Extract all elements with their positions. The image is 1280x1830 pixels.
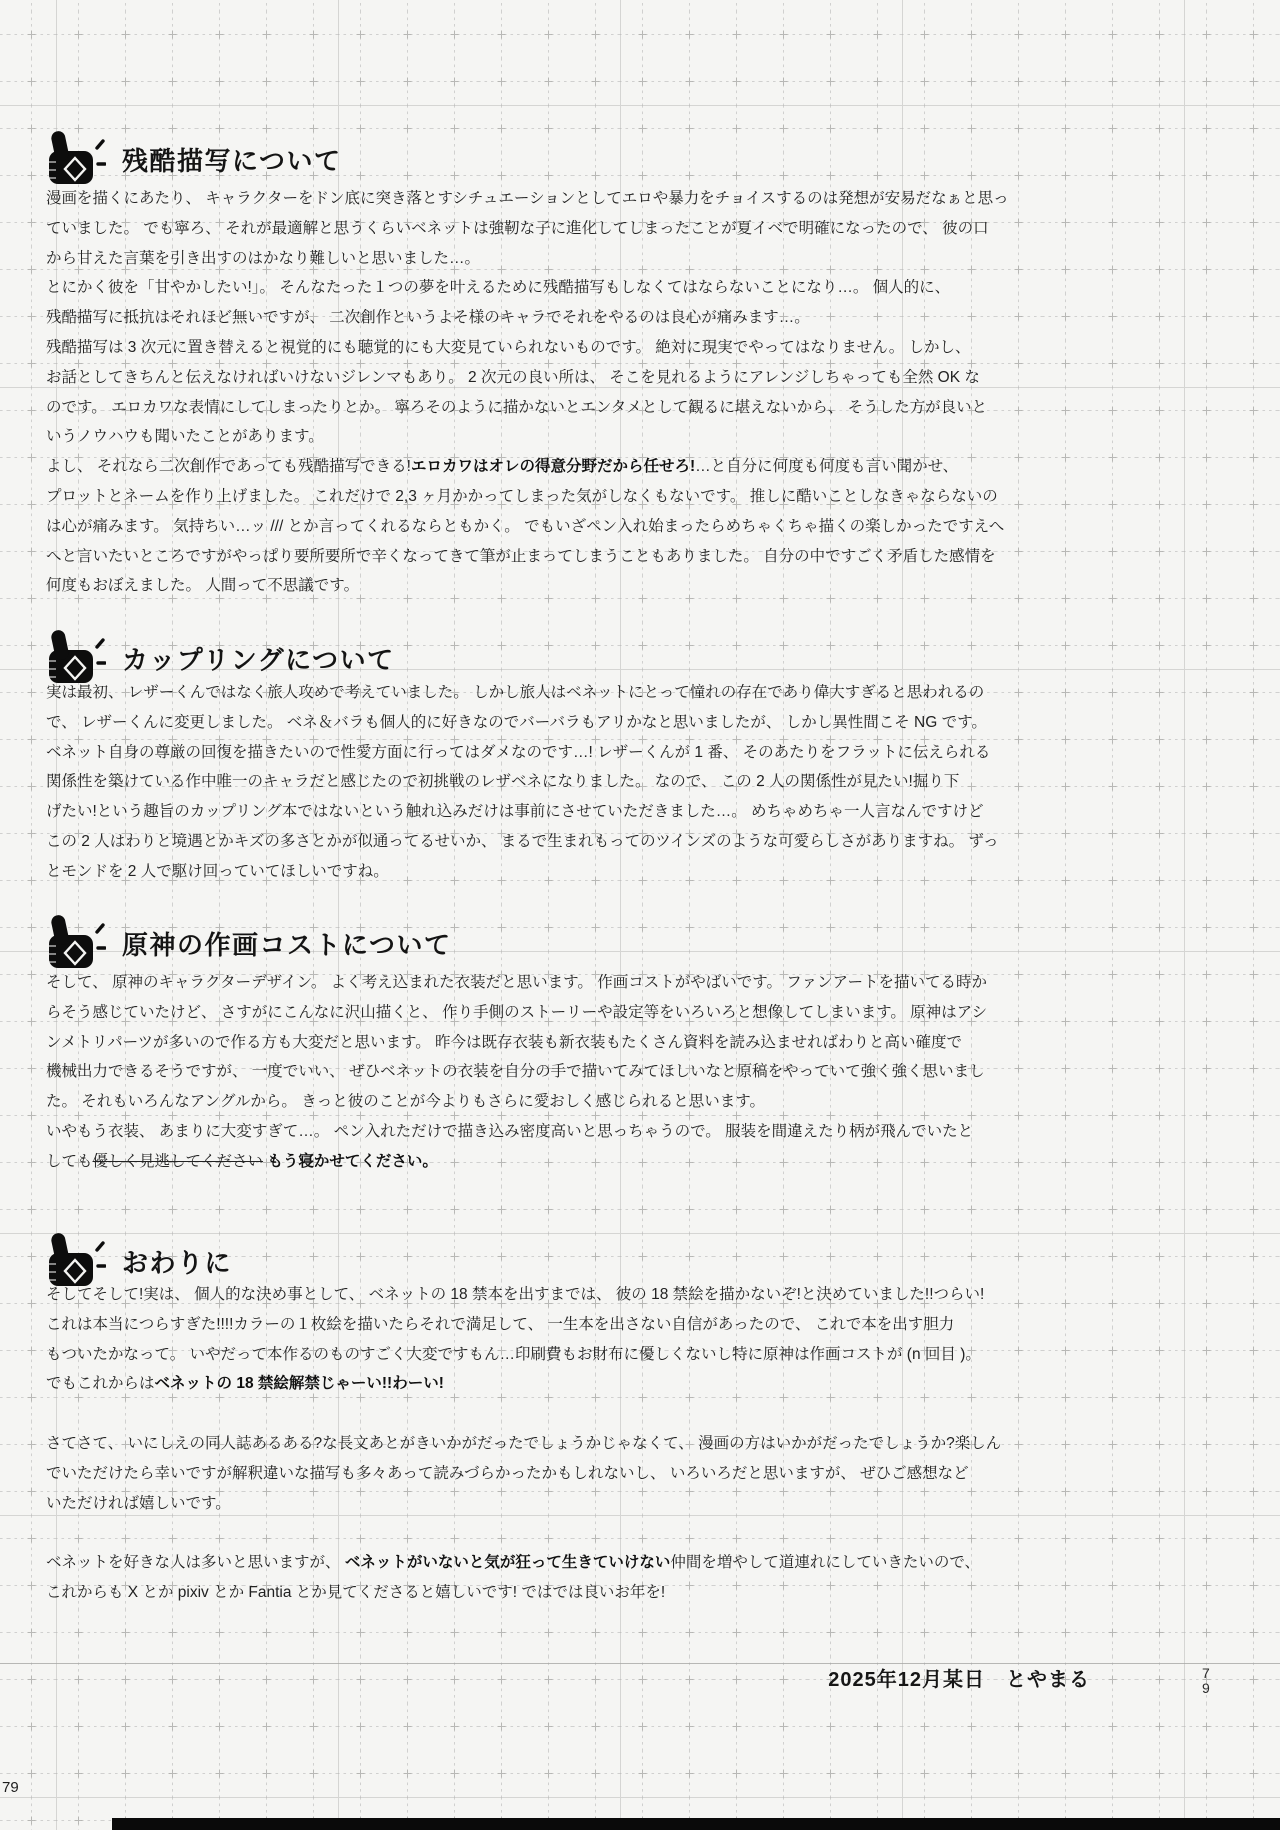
- text-line: しても優しく見逃してください もう寝かせてください。: [46, 1147, 1051, 1177]
- text-segment: これからも X とか pixiv とか Fantia とか見てくださると嬉しいで…: [46, 1584, 665, 1601]
- text-line: もついたかなって。 いやだって本作るのものすごく大変ですもん…印刷費もお財布に優…: [46, 1340, 1051, 1370]
- thumbs-up-icon: [48, 915, 106, 971]
- section-heading: おわりに: [122, 1243, 232, 1280]
- text-line: プロットとネームを作り上げました。 これだけで 2,3 ヶ月かかってしまった気が…: [46, 482, 1051, 512]
- text-line: へと言いたいところですがやっぱり要所要所で辛くなってきて筆が止まってしまうことも…: [46, 542, 1051, 572]
- text-line: 何度もおぼえました。 人間って不思議です。: [46, 571, 1051, 601]
- text-line: ベネットを好きな人は多いと思いますが、 ベネットがいないと気が狂って生きていけな…: [46, 1548, 1051, 1578]
- text-segment: とモンドを 2 人で駆け回っていてほしいですね。: [46, 863, 389, 880]
- text-segment: お話としてきちんと伝えなければいけないジレンマもあり。 2 次元の良い所は、 そ…: [46, 369, 980, 386]
- text-line: いやもう衣装、 あまりに大変すぎて…。 ペン入れただけで描き込み密度高いと思っち…: [46, 1117, 1051, 1147]
- afterword-page: 残酷描写について漫画を描くにあたり、 キャラクターをドン底に突き落とすシチュエー…: [0, 0, 1280, 1830]
- text-line: これからも X とか pixiv とか Fantia とか見てくださると嬉しいで…: [46, 1578, 1051, 1608]
- text-line: 残酷描写に抵抗はそれほど無いですが、 二次創作というよそ様のキャラでそれをやるの…: [46, 303, 1051, 333]
- text-segment: ベネットを好きな人は多いと思いますが、: [46, 1554, 345, 1571]
- text-line: いうノウハウも聞いたことがあります。: [46, 422, 1051, 452]
- text-segment: いやもう衣装、 あまりに大変すぎて…。 ペン入れただけで描き込み密度高いと思っち…: [46, 1123, 973, 1140]
- text-segment: た。 それもいろんなアングルから。 きっと彼のことが今よりもさらに愛おしく感じら…: [46, 1093, 765, 1110]
- text-segment: へと言いたいところですがやっぱり要所要所で辛くなってきて筆が止まってしまうことも…: [46, 548, 996, 565]
- section-heading: カップリングについて: [122, 640, 395, 677]
- text-line: [46, 1518, 1051, 1548]
- text-segment: 残酷描写は 3 次元に置き替えると視覚的にも聴覚的にも大変見ていられないものです…: [46, 339, 971, 356]
- text-segment: でもこれからは: [46, 1375, 155, 1392]
- text-segment: もう寝かせてください。: [267, 1153, 438, 1170]
- section-header: 残酷描写について: [48, 130, 341, 188]
- text-segment: 仲間を増やして道連れにしていきたいので、: [670, 1554, 980, 1571]
- text-line: [46, 1399, 1051, 1429]
- text-segment: ベネットの 18 禁絵解禁じゃーい!!わーい!: [155, 1375, 444, 1392]
- text-line: から甘えた言葉を引き出すのはかなり難しいと思いました…。: [46, 244, 1051, 274]
- text-line: でいただけたら幸いですが解釈違いな描写も多々あって読みづらかったかもしれないし、…: [46, 1459, 1051, 1489]
- text-segment: ンメトリパーツが多いので作る方も大変だと思います。 昨今は既存衣装も新衣装もたく…: [46, 1034, 962, 1051]
- text-line: ベネット自身の尊厳の回復を描きたいので性愛方面に行ってはダメなのです…! レザー…: [46, 738, 1051, 768]
- text-segment: ベネットがいないと気が狂って生きていけない: [345, 1554, 671, 1571]
- text-line: げたい!という趣旨のカップリング本ではないという触れ込みだけは事前にさせていただ…: [46, 797, 1051, 827]
- text-segment: いただければ嬉しいです。: [46, 1495, 231, 1512]
- section-heading: 残酷描写について: [122, 141, 341, 178]
- text-line: た。 それもいろんなアングルから。 きっと彼のことが今よりもさらに愛おしく感じら…: [46, 1087, 1051, 1117]
- scan-edge-bar: [112, 1818, 1280, 1830]
- text-segment: プロットとネームを作り上げました。 これだけで 2,3 ヶ月かかってしまった気が…: [46, 488, 998, 505]
- text-segment: エロカワはオレの得意分野だから任せろ!: [411, 458, 695, 475]
- section-body: 実は最初、 レザーくんではなく旅人攻めで考えていました。 しかし旅人はベネットに…: [46, 678, 1051, 887]
- text-segment: そして、 原神のキャラクターデザイン。 よく考え込まれた衣装だと思います。 作画…: [46, 974, 987, 991]
- text-segment: この 2 人はわりと境遇とかキズの多さとかが似通ってるせいか、 まるで生まれもっ…: [46, 833, 998, 850]
- text-line: 実は最初、 レザーくんではなく旅人攻めで考えていました。 しかし旅人はベネットに…: [46, 678, 1051, 708]
- text-line: 機械出力できるそうですが、 一度でいい、 ぜひベネットの衣装を自分の手で描いてみ…: [46, 1057, 1051, 1087]
- text-segment: よし、 それなら二次創作であっても残酷描写できる!: [46, 458, 411, 475]
- text-line: で、 レザーくんに変更しました。 ベネ＆バラも個人的に好きなのでバーバラもアリか…: [46, 708, 1051, 738]
- text-segment: とにかく彼を「甘やかしたい!」。 そんなたった１つの夢を叶えるために残酷描写もし…: [46, 279, 950, 296]
- text-line: この 2 人はわりと境遇とかキズの多さとかが似通ってるせいか、 まるで生まれもっ…: [46, 827, 1051, 857]
- text-segment: ベネット自身の尊厳の回復を描きたいので性愛方面に行ってはダメなのです…! レザー…: [46, 744, 990, 761]
- text-segment: …と自分に何度も何度も言い聞かせ、: [695, 458, 958, 475]
- text-segment: は心が痛みます。 気持ちい…ッ /// とか言ってくれるならともかく。 でもいざ…: [46, 518, 1004, 535]
- date-credit: 2025年12月某日 とやまる: [770, 1663, 1090, 1692]
- text-segment: 残酷描写に抵抗はそれほど無いですが、 二次創作というよそ様のキャラでそれをやるの…: [46, 309, 810, 326]
- text-line: は心が痛みます。 気持ちい…ッ /// とか言ってくれるならともかく。 でもいざ…: [46, 512, 1051, 542]
- text-line: らそう感じていたけど、 さすがにこんなに沢山描くと、 作り手側のストーリーや設定…: [46, 998, 1051, 1028]
- text-line: いただければ嬉しいです。: [46, 1489, 1051, 1519]
- text-segment: いうノウハウも聞いたことがあります。: [46, 428, 324, 445]
- text-line: よし、 それなら二次創作であっても残酷描写できる!エロカワはオレの得意分野だから…: [46, 452, 1051, 482]
- side-page-number: 7 9: [1202, 1666, 1210, 1696]
- section-body: そして、 原神のキャラクターデザイン。 よく考え込まれた衣装だと思います。 作画…: [46, 968, 1051, 1177]
- text-segment: 漫画を描くにあたり、 キャラクターをドン底に突き落とすシチュエーションとしてエロ…: [46, 190, 1009, 207]
- text-line: そして、 原神のキャラクターデザイン。 よく考え込まれた衣装だと思います。 作画…: [46, 968, 1051, 998]
- text-line: ていました。 でも寧ろ、 それが最適解と思うくらいベネットは強靭な子に進化してし…: [46, 214, 1051, 244]
- section-header: 原神の作画コストについて: [48, 914, 451, 972]
- side-page-number-top: 7: [1202, 1666, 1210, 1681]
- text-segment: 何度もおぼえました。 人間って不思議です。: [46, 577, 359, 594]
- text-line: でもこれからはベネットの 18 禁絵解禁じゃーい!!わーい!: [46, 1369, 1051, 1399]
- section-body: 漫画を描くにあたり、 キャラクターをドン底に突き落とすシチュエーションとしてエロ…: [46, 184, 1051, 601]
- text-segment: ていました。 でも寧ろ、 それが最適解と思うくらいベネットは強靭な子に進化してし…: [46, 220, 989, 237]
- corner-page-number: 79: [2, 1779, 19, 1796]
- text-line: とにかく彼を「甘やかしたい!」。 そんなたった１つの夢を叶えるために残酷描写もし…: [46, 273, 1051, 303]
- text-line: 漫画を描くにあたり、 キャラクターをドン底に突き落とすシチュエーションとしてエロ…: [46, 184, 1051, 214]
- text-segment: 実は最初、 レザーくんではなく旅人攻めで考えていました。 しかし旅人はベネットに…: [46, 684, 984, 701]
- text-segment: から甘えた言葉を引き出すのはかなり難しいと思いました…。: [46, 250, 480, 267]
- text-segment: もついたかなって。 いやだって本作るのものすごく大変ですもん…印刷費もお財布に優…: [46, 1346, 981, 1363]
- text-segment: 優しく見逃してください: [93, 1153, 264, 1170]
- text-segment: そしてそして!実は、 個人的な決め事として、 ベネットの 18 禁本を出すまでは…: [46, 1286, 984, 1303]
- text-segment: らそう感じていたけど、 さすがにこんなに沢山描くと、 作り手側のストーリーや設定…: [46, 1004, 987, 1021]
- text-line: そしてそして!実は、 個人的な決め事として、 ベネットの 18 禁本を出すまでは…: [46, 1280, 1051, 1310]
- side-page-number-bottom: 9: [1202, 1681, 1210, 1696]
- text-line: 関係性を築けている作中唯一のキャラだと感じたので初挑戦のレザベネになりました。 …: [46, 767, 1051, 797]
- text-segment: これは本当につらすぎた!!!!カラーの１枚絵を描いたらそれで満足して、 一生本を…: [46, 1316, 954, 1333]
- section-body: そしてそして!実は、 個人的な決め事として、 ベネットの 18 禁本を出すまでは…: [46, 1280, 1051, 1608]
- text-line: のです。 エロカワな表情にしてしまったりとか。 寧ろそのように描かないとエンタメ…: [46, 393, 1051, 423]
- text-segment: のです。 エロカワな表情にしてしまったりとか。 寧ろそのように描かないとエンタメ…: [46, 399, 987, 416]
- text-segment: 機械出力できるそうですが、 一度でいい、 ぜひベネットの衣装を自分の手で描いてみ…: [46, 1063, 985, 1080]
- text-segment: 関係性を築けている作中唯一のキャラだと感じたので初挑戦のレザベネになりました。 …: [46, 773, 959, 790]
- text-segment: しても: [46, 1153, 93, 1170]
- text-line: ンメトリパーツが多いので作る方も大変だと思います。 昨今は既存衣装も新衣装もたく…: [46, 1028, 1051, 1058]
- text-segment: さてさて、 いにしえの同人誌あるある?な長文あとがきいかがだったでしょうかじゃな…: [46, 1435, 1001, 1452]
- text-line: とモンドを 2 人で駆け回っていてほしいですね。: [46, 857, 1051, 887]
- text-line: さてさて、 いにしえの同人誌あるある?な長文あとがきいかがだったでしょうかじゃな…: [46, 1429, 1051, 1459]
- text-segment: で、 レザーくんに変更しました。 ベネ＆バラも個人的に好きなのでバーバラもアリか…: [46, 714, 987, 731]
- text-line: 残酷描写は 3 次元に置き替えると視覚的にも聴覚的にも大変見ていられないものです…: [46, 333, 1051, 363]
- section-heading: 原神の作画コストについて: [122, 925, 451, 962]
- text-segment: でいただけたら幸いですが解釈違いな描写も多々あって読みづらかったかもしれないし、…: [46, 1465, 969, 1482]
- text-segment: げたい!という趣旨のカップリング本ではないという触れ込みだけは事前にさせていただ…: [46, 803, 984, 820]
- text-line: これは本当につらすぎた!!!!カラーの１枚絵を描いたらそれで満足して、 一生本を…: [46, 1310, 1051, 1340]
- text-line: お話としてきちんと伝えなければいけないジレンマもあり。 2 次元の良い所は、 そ…: [46, 363, 1051, 393]
- thumbs-up-icon: [48, 131, 106, 187]
